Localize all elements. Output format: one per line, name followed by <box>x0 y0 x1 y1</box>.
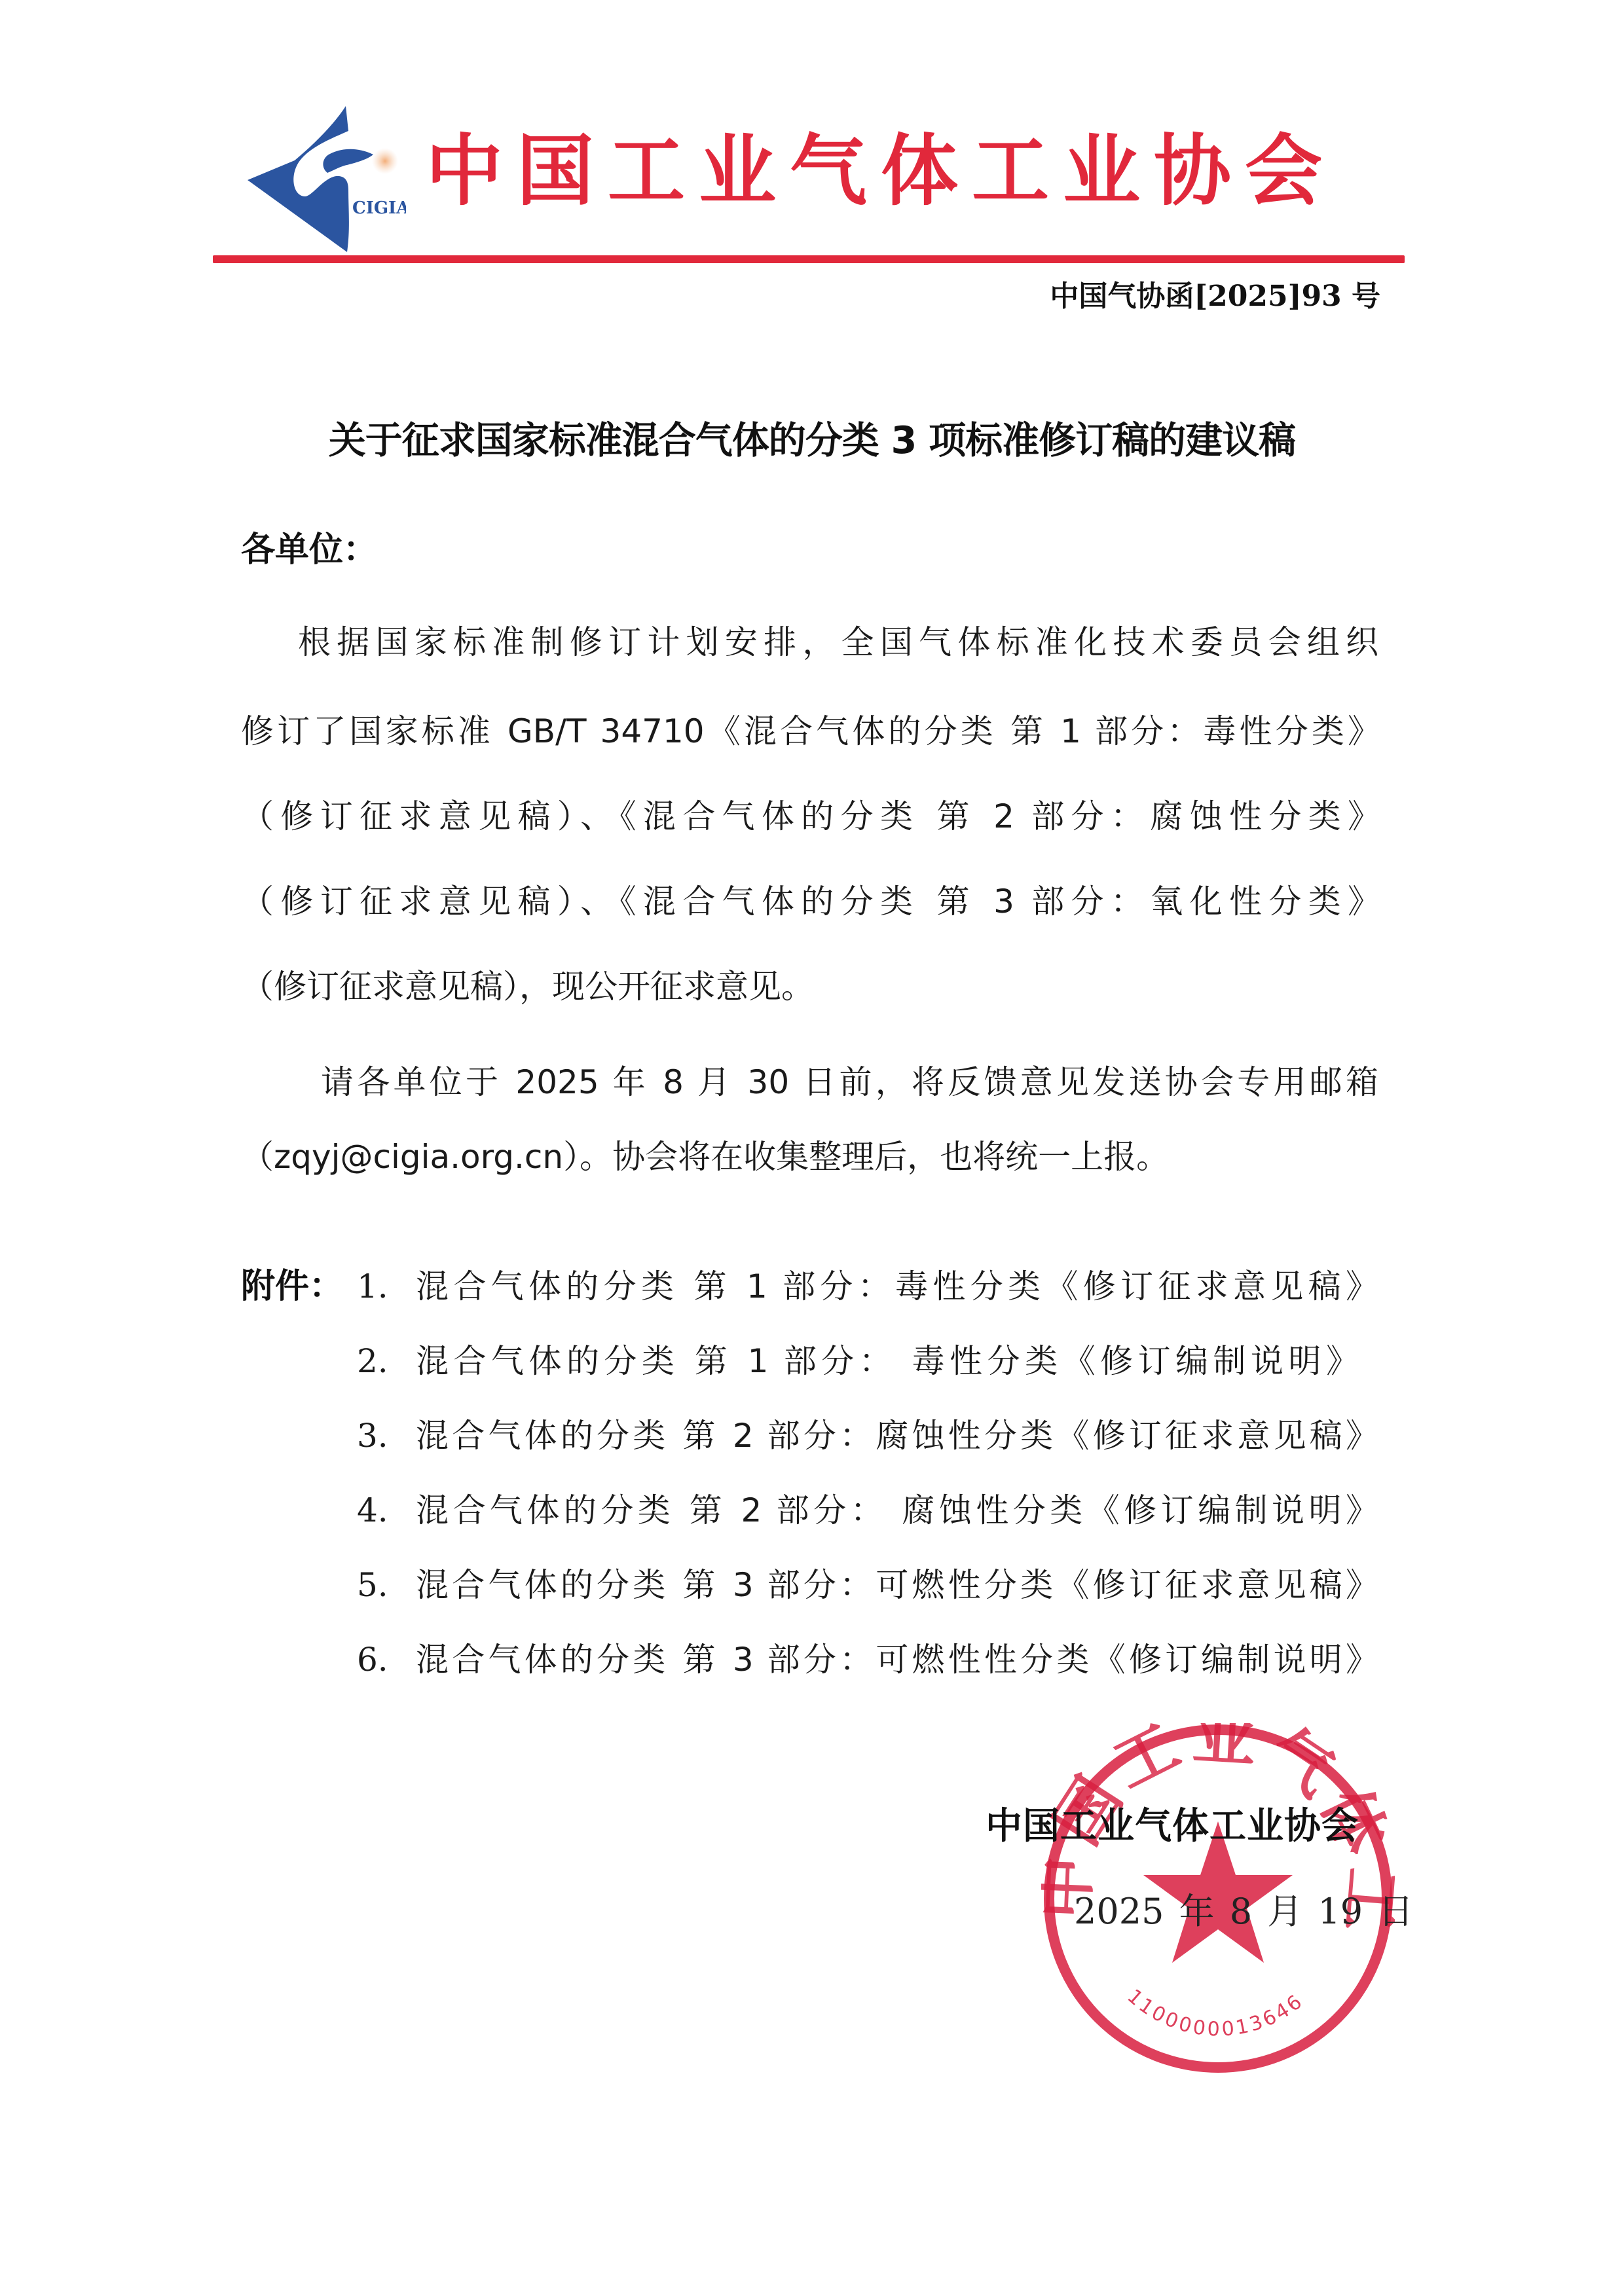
attachment-item: 6.混合气体的分类 第 3 部分：可燃性性分类《修订编制说明》 <box>357 1637 1378 1683</box>
body-line: （修订征求意见稿），现公开征求意见。 <box>241 964 1380 1010</box>
body-line: 请各单位于 2025 年 8 月 30 日前，将反馈意见发送协会专用邮箱 <box>321 1059 1378 1105</box>
cigia-logo: CIGIA <box>236 98 406 255</box>
header-divider <box>213 255 1405 263</box>
attachment-number: 1. <box>357 1264 416 1309</box>
attachment-title: 混合气体的分类 第 2 部分： 腐蚀性分类《修订编制说明》 <box>416 1487 1378 1533</box>
body-line: （修订征求意见稿）、《混合气体的分类 第 2 部分：腐蚀性分类》 <box>241 793 1380 839</box>
attachment-number: 5. <box>357 1562 416 1608</box>
body-line: 根据国家标准制修订计划安排，全国气体标准化技术委员会组织 <box>298 619 1378 665</box>
attachment-number: 3. <box>357 1413 416 1459</box>
signature-organization: 中国工业气体工业协会 <box>986 1800 1359 1853</box>
attachment-title: 混合气体的分类 第 1 部分： 毒性分类《修订编制说明》 <box>416 1338 1359 1384</box>
signature-date: 2025 年 8 月 19 日 <box>1074 1886 1413 1938</box>
attachment-title: 混合气体的分类 第 2 部分：腐蚀性分类《修订征求意见稿》 <box>416 1413 1378 1459</box>
attachment-item: 2.混合气体的分类 第 1 部分： 毒性分类《修订编制说明》 <box>357 1338 1359 1384</box>
attachment-number: 6. <box>357 1637 416 1683</box>
attachment-title: 混合气体的分类 第 3 部分：可燃性性分类《修订编制说明》 <box>416 1637 1378 1683</box>
attachments-label: 附件： <box>241 1264 343 1309</box>
email-line: （zqyj@cigia.org.cn）。协会将在收集整理后，也将统一上报。 <box>241 1134 1380 1180</box>
document-number: 中国气协函[2025]93 号 <box>1050 274 1380 319</box>
body-line: （修订征求意见稿）、《混合气体的分类 第 3 部分：氧化性分类》 <box>241 879 1380 924</box>
attachment-item: 4.混合气体的分类 第 2 部分： 腐蚀性分类《修订编制说明》 <box>357 1487 1378 1533</box>
organization-header-title: 中国工业气体工业协会 <box>426 122 1336 220</box>
attachment-number: 4. <box>357 1487 416 1533</box>
attachment-item: 3.混合气体的分类 第 2 部分：腐蚀性分类《修订征求意见稿》 <box>357 1413 1378 1459</box>
body-line: 修订了国家标准 GB/T 34710《混合气体的分类 第 1 部分：毒性分类》 <box>241 708 1380 754</box>
attachment-item: 5.混合气体的分类 第 3 部分：可燃性分类《修订征求意见稿》 <box>357 1562 1378 1608</box>
attachment-title: 混合气体的分类 第 1 部分：毒性分类《修订征求意见稿》 <box>416 1264 1378 1309</box>
attachment-number: 2. <box>357 1338 416 1384</box>
logo-mark-icon: CIGIA <box>236 98 406 255</box>
document-title: 关于征求国家标准混合气体的分类 3 项标准修订稿的建议稿 <box>236 411 1388 470</box>
svg-text:1100000013646: 1100000013646 <box>1122 1985 1308 2041</box>
attachment-item: 1.混合气体的分类 第 1 部分：毒性分类《修订征求意见稿》 <box>357 1264 1378 1309</box>
salutation: 各单位： <box>241 524 377 576</box>
svg-text:CIGIA: CIGIA <box>352 198 406 218</box>
attachment-title: 混合气体的分类 第 3 部分：可燃性分类《修订征求意见稿》 <box>416 1562 1378 1608</box>
